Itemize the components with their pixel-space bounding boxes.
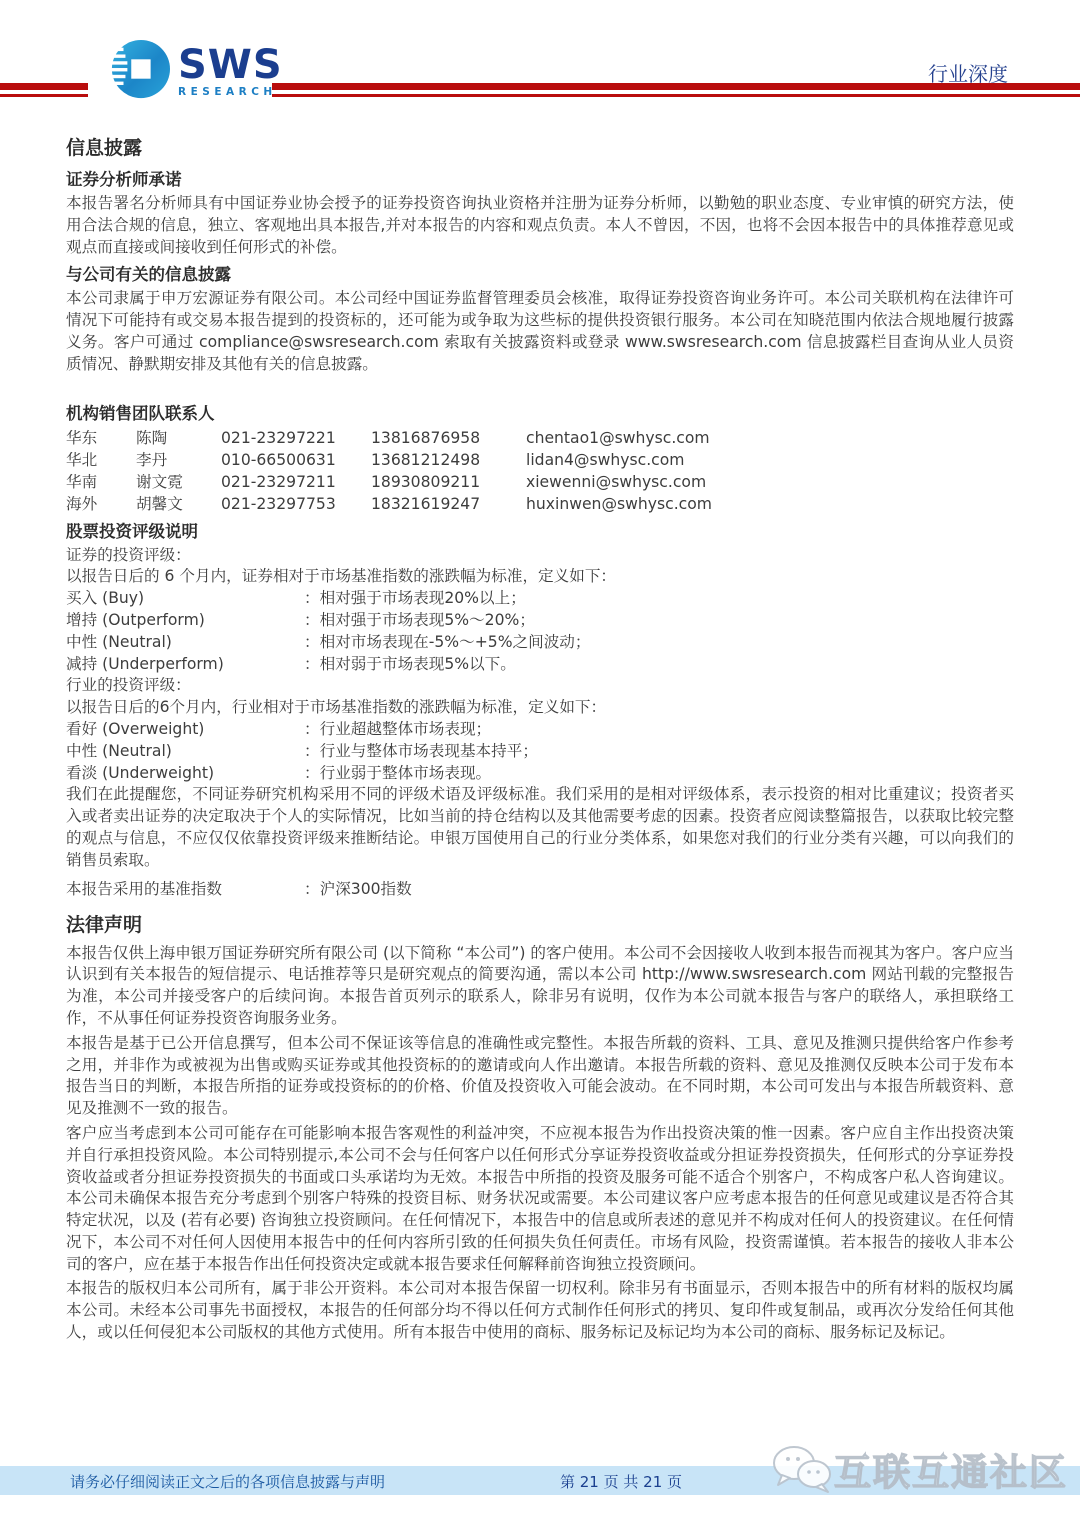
rating-notes-heading: 股票投资评级说明	[66, 518, 1014, 542]
table-row: 华北 李丹 010-66500631 13681212498 lidan4@sw…	[66, 449, 1014, 471]
contact-email: chentao1@swhysc.com	[526, 427, 1014, 449]
contact-region: 海外	[66, 493, 136, 515]
contact-email: xiewenni@swhysc.com	[526, 471, 1014, 493]
rating-label: 中性 (Neutral)	[66, 741, 304, 763]
logo-subtitle: RESEARCH	[178, 86, 283, 98]
rating-label: 中性 (Neutral)	[66, 632, 304, 654]
industry-rating-row: 看淡 (Underweight) ：行业弱于整体市场表现。	[66, 763, 1014, 785]
sws-logo-text: SWS RESEARCH	[178, 46, 283, 98]
rating-label: 看淡 (Underweight)	[66, 763, 304, 785]
logo-title: SWS	[178, 46, 283, 84]
sws-logo: SWS RESEARCH	[108, 38, 283, 100]
header-rule-left-thick	[0, 83, 88, 90]
stock-rating-row: 减持 (Underperform) ：相对弱于市场表现5%以下。	[66, 654, 1014, 676]
legal-paragraph: 本报告仅供上海申银万国证券研究所有限公司 (以下简称 “本公司”) 的客户使用。…	[66, 943, 1014, 1030]
rating-system-note: 我们在此提醒您，不同证券研究机构采用不同的评级术语及评级标准。我们采用的是相对评…	[66, 784, 1014, 871]
contact-region: 华南	[66, 471, 136, 493]
stock-rating-row: 中性 (Neutral) ：相对市场表现在-5%～+5%之间波动；	[66, 632, 1014, 654]
wechat-chat-bubbles-icon	[772, 1441, 834, 1497]
section-title-legal: 法律声明	[66, 910, 1014, 937]
stock-rating-intro1: 证券的投资评级：	[66, 545, 1014, 567]
legal-paragraph: 本报告的版权归本公司所有，属于非公开资料。本公司对本报告保留一切权利。除非另有书…	[66, 1278, 1014, 1343]
benchmark-row: 本报告采用的基准指数 ：沪深300指数	[66, 878, 1014, 900]
header-rule-left-thin	[0, 94, 88, 97]
section-title-disclosure: 信息披露	[66, 133, 1014, 160]
contact-tel: 010-66500631	[221, 449, 371, 471]
analyst-pledge-paragraph: 本报告署名分析师具有中国证券业协会授予的证券投资咨询执业资格并注册为证券分析师，…	[66, 193, 1014, 258]
contact-mobile: 13681212498	[371, 449, 526, 471]
rating-desc: ：行业弱于整体市场表现。	[304, 763, 491, 785]
contact-tel: 021-23297211	[221, 471, 371, 493]
contact-email: huxinwen@swhysc.com	[526, 493, 1014, 515]
contact-mobile: 13816876958	[371, 427, 526, 449]
legal-paragraph: 本报告是基于已公开信息撰写，但本公司不保证该等信息的准确性或完整性。本报告所载的…	[66, 1033, 1014, 1120]
analyst-pledge-heading: 证券分析师承诺	[66, 166, 1014, 190]
document-body: 信息披露 证券分析师承诺 本报告署名分析师具有中国证券业协会授予的证券投资咨询执…	[66, 133, 1014, 1347]
benchmark-value: ：沪深300指数	[304, 878, 412, 900]
rating-desc: ：相对强于市场表现5%～20%；	[304, 610, 535, 632]
rating-desc: ：相对弱于市场表现5%以下。	[304, 654, 516, 676]
rating-label: 看好 (Overweight)	[66, 719, 304, 741]
stock-rating-row: 买入 (Buy) ：相对强于市场表现20%以上；	[66, 588, 1014, 610]
rating-desc: ：相对市场表现在-5%～+5%之间波动；	[304, 632, 590, 654]
sws-globe-icon	[108, 38, 170, 100]
industry-rating-row: 看好 (Overweight) ：行业超越整体市场表现；	[66, 719, 1014, 741]
rating-label: 买入 (Buy)	[66, 588, 304, 610]
contact-name: 陈陶	[136, 427, 221, 449]
company-disclosure-heading: 与公司有关的信息披露	[66, 261, 1014, 285]
legal-paragraph: 客户应当考虑到本公司可能存在可能影响本报告客观性的利益冲突，不应视本报告为作出投…	[66, 1123, 1014, 1276]
page-header: SWS RESEARCH 行业深度	[0, 0, 1080, 110]
footer-disclaimer: 请务必仔细阅读正文之后的各项信息披露与声明	[70, 1471, 385, 1492]
sales-contacts-table: 华东 陈陶 021-23297221 13816876958 chentao1@…	[66, 427, 1014, 515]
stock-rating-row: 增持 (Outperform) ：相对强于市场表现5%～20%；	[66, 610, 1014, 632]
industry-rating-row: 中性 (Neutral) ：行业与整体市场表现基本持平；	[66, 741, 1014, 763]
rating-desc: ：相对强于市场表现20%以上；	[304, 588, 526, 610]
table-row: 华南 谢文霓 021-23297211 18930809211 xiewenni…	[66, 471, 1014, 493]
contact-region: 华东	[66, 427, 136, 449]
contact-mobile: 18930809211	[371, 471, 526, 493]
watermark-text: 互联互通社区	[834, 1442, 1068, 1496]
footer-page-number: 第 21 页 共 21 页	[560, 1471, 682, 1492]
community-watermark: 互联互通社区	[772, 1441, 1068, 1497]
industry-rating-intro2: 以报告日后的6个月内，行业相对于市场基准指数的涨跌幅为标准，定义如下：	[66, 697, 1014, 719]
rating-label: 增持 (Outperform)	[66, 610, 304, 632]
contact-name: 胡馨文	[136, 493, 221, 515]
table-row: 华东 陈陶 021-23297221 13816876958 chentao1@…	[66, 427, 1014, 449]
contact-name: 谢文霓	[136, 471, 221, 493]
header-rule-main-thin	[272, 94, 1080, 97]
benchmark-label: 本报告采用的基准指数	[66, 878, 304, 900]
contact-email: lidan4@swhysc.com	[526, 449, 1014, 471]
rating-desc: ：行业与整体市场表现基本持平；	[304, 741, 538, 763]
stock-rating-intro2: 以报告日后的 6 个月内，证券相对于市场基准指数的涨跌幅为标准，定义如下：	[66, 566, 1014, 588]
contact-name: 李丹	[136, 449, 221, 471]
contact-region: 华北	[66, 449, 136, 471]
company-disclosure-paragraph: 本公司隶属于申万宏源证券有限公司。本公司经中国证券监督管理委员会核准，取得证券投…	[66, 288, 1014, 375]
contact-tel: 021-23297753	[221, 493, 371, 515]
header-rule-main-thick	[272, 83, 1080, 90]
contact-tel: 021-23297221	[221, 427, 371, 449]
contact-mobile: 18321619247	[371, 493, 526, 515]
rating-label: 减持 (Underperform)	[66, 654, 304, 676]
industry-rating-intro1: 行业的投资评级：	[66, 675, 1014, 697]
sales-contacts-heading: 机构销售团队联系人	[66, 400, 1014, 424]
rating-desc: ：行业超越整体市场表现；	[304, 719, 491, 741]
table-row: 海外 胡馨文 021-23297753 18321619247 huxinwen…	[66, 493, 1014, 515]
report-page: SWS RESEARCH 行业深度 信息披露 证券分析师承诺 本报告署名分析师具…	[0, 0, 1080, 1527]
